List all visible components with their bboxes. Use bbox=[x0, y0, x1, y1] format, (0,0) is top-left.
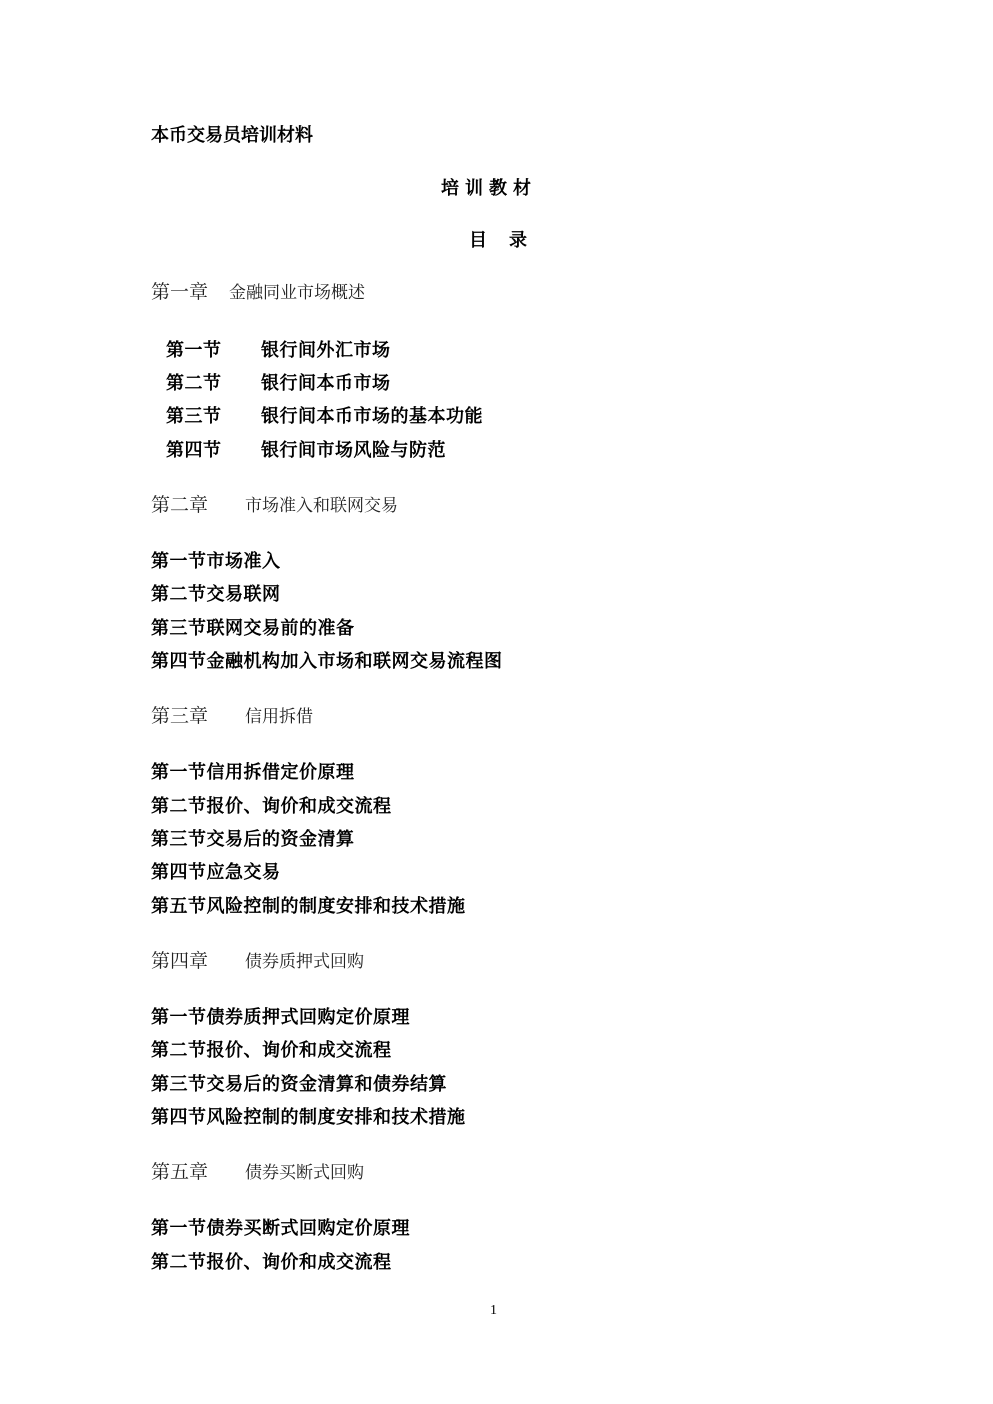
section-title: 金融机构加入市场和联网交易流程图 bbox=[207, 647, 503, 673]
section-item: 第一节银行间外汇市场 bbox=[166, 336, 391, 362]
document-header-title: 本币交易员培训材料 bbox=[151, 121, 313, 147]
section-title: 报价、询价和成交流程 bbox=[207, 1248, 392, 1274]
chapter-number: 第二章 bbox=[151, 490, 245, 517]
page-number: 1 bbox=[490, 1303, 497, 1319]
chapter-heading: 第一章金融同业市场概述 bbox=[151, 277, 365, 304]
section-item: 第三节交易后的资金清算和债券结算 bbox=[151, 1070, 447, 1096]
section-number: 第三节 bbox=[166, 402, 261, 428]
section-number: 第一节 bbox=[151, 758, 207, 784]
section-item: 第四节应急交易 bbox=[151, 858, 281, 884]
chapter-heading: 第二章市场准入和联网交易 bbox=[151, 490, 398, 517]
section-item: 第一节信用拆借定价原理 bbox=[151, 758, 355, 784]
chapter-number: 第一章 bbox=[151, 277, 229, 304]
chapter-heading: 第五章债券买断式回购 bbox=[151, 1157, 364, 1184]
section-item: 第三节联网交易前的准备 bbox=[151, 614, 355, 640]
section-number: 第一节 bbox=[151, 1003, 207, 1029]
section-number: 第一节 bbox=[151, 1214, 207, 1240]
chapter-title: 信用拆借 bbox=[245, 702, 313, 727]
section-title: 应急交易 bbox=[207, 858, 281, 884]
chapter-heading: 第三章信用拆借 bbox=[151, 701, 313, 728]
section-number: 第四节 bbox=[151, 1103, 207, 1129]
section-number: 第二节 bbox=[151, 580, 207, 606]
section-item: 第四节金融机构加入市场和联网交易流程图 bbox=[151, 647, 503, 673]
section-title: 银行间外汇市场 bbox=[261, 336, 391, 362]
document-page: 本币交易员培训材料 培训教材 目录 第一章金融同业市场概述 第一节银行间外汇市场… bbox=[0, 0, 993, 1404]
chapter-number: 第五章 bbox=[151, 1157, 245, 1184]
chapter-number: 第三章 bbox=[151, 701, 245, 728]
section-title: 报价、询价和成交流程 bbox=[207, 1036, 392, 1062]
section-item: 第二节报价、询价和成交流程 bbox=[151, 1248, 392, 1274]
section-title: 交易后的资金清算 bbox=[207, 825, 355, 851]
main-title: 培训教材 bbox=[441, 174, 537, 200]
section-number: 第二节 bbox=[166, 369, 261, 395]
section-item: 第三节交易后的资金清算 bbox=[151, 825, 355, 851]
section-title: 市场准入 bbox=[207, 547, 281, 573]
section-item: 第一节债券买断式回购定价原理 bbox=[151, 1214, 410, 1240]
section-number: 第三节 bbox=[151, 825, 207, 851]
section-item: 第二节银行间本币市场 bbox=[166, 369, 391, 395]
section-number: 第四节 bbox=[151, 647, 207, 673]
section-title: 银行间市场风险与防范 bbox=[261, 436, 446, 462]
section-title: 交易后的资金清算和债券结算 bbox=[207, 1070, 448, 1096]
section-item: 第二节报价、询价和成交流程 bbox=[151, 1036, 392, 1062]
chapter-number: 第四章 bbox=[151, 946, 245, 973]
section-number: 第一节 bbox=[151, 547, 207, 573]
chapter-title: 市场准入和联网交易 bbox=[245, 491, 398, 516]
section-item: 第四节风险控制的制度安排和技术措施 bbox=[151, 1103, 466, 1129]
section-item: 第四节银行间市场风险与防范 bbox=[166, 436, 446, 462]
section-number: 第二节 bbox=[151, 1248, 207, 1274]
section-item: 第三节银行间本币市场的基本功能 bbox=[166, 402, 483, 428]
section-title: 联网交易前的准备 bbox=[207, 614, 355, 640]
section-title: 风险控制的制度安排和技术措施 bbox=[207, 892, 466, 918]
section-number: 第一节 bbox=[166, 336, 261, 362]
section-number: 第四节 bbox=[151, 858, 207, 884]
section-item: 第一节市场准入 bbox=[151, 547, 281, 573]
section-title: 债券买断式回购定价原理 bbox=[207, 1214, 411, 1240]
section-item: 第五节风险控制的制度安排和技术措施 bbox=[151, 892, 466, 918]
section-title: 交易联网 bbox=[207, 580, 281, 606]
chapter-title: 债券买断式回购 bbox=[245, 1158, 364, 1183]
chapter-title: 金融同业市场概述 bbox=[229, 278, 365, 303]
section-number: 第二节 bbox=[151, 792, 207, 818]
chapter-heading: 第四章债券质押式回购 bbox=[151, 946, 364, 973]
section-item: 第二节交易联网 bbox=[151, 580, 281, 606]
chapter-title: 债券质押式回购 bbox=[245, 947, 364, 972]
section-item: 第二节报价、询价和成交流程 bbox=[151, 792, 392, 818]
section-item: 第一节债券质押式回购定价原理 bbox=[151, 1003, 410, 1029]
section-number: 第五节 bbox=[151, 892, 207, 918]
section-title: 信用拆借定价原理 bbox=[207, 758, 355, 784]
section-number: 第四节 bbox=[166, 436, 261, 462]
section-title: 债券质押式回购定价原理 bbox=[207, 1003, 411, 1029]
toc-title: 目录 bbox=[469, 226, 549, 252]
section-number: 第三节 bbox=[151, 614, 207, 640]
section-title: 银行间本币市场 bbox=[261, 369, 391, 395]
section-title: 风险控制的制度安排和技术措施 bbox=[207, 1103, 466, 1129]
section-number: 第三节 bbox=[151, 1070, 207, 1096]
section-title: 报价、询价和成交流程 bbox=[207, 792, 392, 818]
section-title: 银行间本币市场的基本功能 bbox=[261, 402, 483, 428]
section-number: 第二节 bbox=[151, 1036, 207, 1062]
